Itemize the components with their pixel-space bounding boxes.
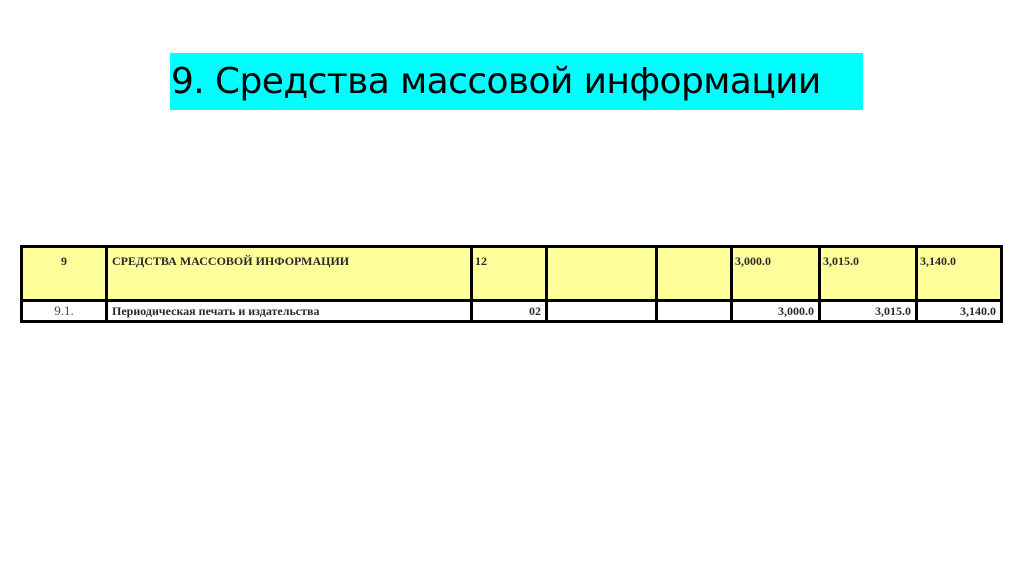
row-value-3: 3,140.0 [917,247,1002,301]
row-number: 9 [22,247,107,301]
row-value-1: 3,000.0 [732,301,820,322]
table-row-subsection: 9.1. Периодическая печать и издательства… [22,301,1002,322]
row-empty-cell [657,247,732,301]
row-value-2: 3,015.0 [820,301,917,322]
row-value-1: 3,000.0 [732,247,820,301]
table-row-section: 9 СРЕДСТВА МАССОВОЙ ИНФОРМАЦИИ 12 3,000.… [22,247,1002,301]
row-value-3: 3,140.0 [917,301,1002,322]
row-name: СРЕДСТВА МАССОВОЙ ИНФОРМАЦИИ [107,247,472,301]
slide-title: 9. Средства массовой информации [170,53,863,110]
row-name: Периодическая печать и издательства [107,301,472,322]
row-code: 02 [472,301,547,322]
row-code: 12 [472,247,547,301]
row-empty-cell [547,301,657,322]
row-value-2: 3,015.0 [820,247,917,301]
row-empty-cell [547,247,657,301]
row-number: 9.1. [22,301,107,322]
budget-table: 9 СРЕДСТВА МАССОВОЙ ИНФОРМАЦИИ 12 3,000.… [20,245,1003,323]
row-empty-cell [657,301,732,322]
